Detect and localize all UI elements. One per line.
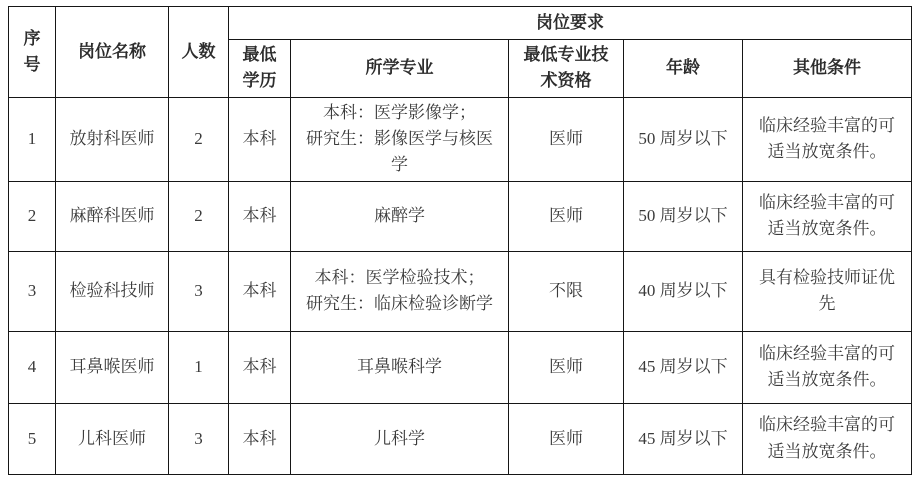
cell-min-education: 本科 [229,181,291,251]
cell-position-name: 检验科技师 [56,251,169,331]
cell-age: 50 周岁以下 [624,181,743,251]
cell-serial: 5 [9,403,56,474]
cell-major: 儿科学 [291,403,509,474]
cell-position-name: 放射科医师 [56,97,169,181]
cell-major: 本科：医学检验技术； 研究生：临床检验诊断学 [291,251,509,331]
cell-position-name: 儿科医师 [56,403,169,474]
table-row: 4 耳鼻喉医师 1 本科 耳鼻喉科学 医师 45 周岁以下 临床经验丰富的可 适… [9,331,912,403]
cell-headcount: 3 [169,251,229,331]
header-cell-requirements-group: 岗位要求 [229,7,912,40]
cell-position-name: 耳鼻喉医师 [56,331,169,403]
table-row: 2 麻醉科医师 2 本科 麻醉学 医师 50 周岁以下 临床经验丰富的可 适当放… [9,181,912,251]
cell-min-education: 本科 [229,251,291,331]
cell-min-qualification: 医师 [509,403,624,474]
cell-age: 45 周岁以下 [624,403,743,474]
cell-serial: 3 [9,251,56,331]
cell-other-conditions: 临床经验丰富的可 适当放宽条件。 [743,331,912,403]
header-row-group: 序 号 岗位名称 人数 岗位要求 [9,7,912,40]
header-cell-position-name: 岗位名称 [56,7,169,98]
recruitment-table-container: 序 号 岗位名称 人数 岗位要求 最低 学历 所学专业 最低专业技 术资格 年龄… [8,6,912,475]
header-cell-age: 年龄 [624,40,743,98]
cell-headcount: 2 [169,181,229,251]
cell-min-education: 本科 [229,97,291,181]
table-row: 3 检验科技师 3 本科 本科：医学检验技术； 研究生：临床检验诊断学 不限 4… [9,251,912,331]
cell-serial: 4 [9,331,56,403]
header-cell-serial: 序 号 [9,7,56,98]
cell-serial: 2 [9,181,56,251]
cell-major: 耳鼻喉科学 [291,331,509,403]
header-cell-other-conditions: 其他条件 [743,40,912,98]
cell-min-qualification: 医师 [509,181,624,251]
header-cell-headcount: 人数 [169,7,229,98]
cell-other-conditions: 临床经验丰富的可 适当放宽条件。 [743,403,912,474]
cell-headcount: 2 [169,97,229,181]
cell-min-education: 本科 [229,403,291,474]
table-row: 1 放射科医师 2 本科 本科：医学影像学； 研究生：影像医学与核医 学 医师 … [9,97,912,181]
cell-min-qualification: 医师 [509,331,624,403]
header-cell-major: 所学专业 [291,40,509,98]
cell-min-qualification: 不限 [509,251,624,331]
cell-other-conditions: 具有检验技师证优 先 [743,251,912,331]
header-cell-min-qualification: 最低专业技 术资格 [509,40,624,98]
cell-age: 50 周岁以下 [624,97,743,181]
cell-other-conditions: 临床经验丰富的可 适当放宽条件。 [743,181,912,251]
table-row: 5 儿科医师 3 本科 儿科学 医师 45 周岁以下 临床经验丰富的可 适当放宽… [9,403,912,474]
cell-age: 40 周岁以下 [624,251,743,331]
cell-other-conditions: 临床经验丰富的可 适当放宽条件。 [743,97,912,181]
cell-serial: 1 [9,97,56,181]
cell-position-name: 麻醉科医师 [56,181,169,251]
cell-headcount: 3 [169,403,229,474]
cell-age: 45 周岁以下 [624,331,743,403]
cell-min-qualification: 医师 [509,97,624,181]
header-cell-min-education: 最低 学历 [229,40,291,98]
cell-major: 本科：医学影像学； 研究生：影像医学与核医 学 [291,97,509,181]
recruitment-table: 序 号 岗位名称 人数 岗位要求 最低 学历 所学专业 最低专业技 术资格 年龄… [8,6,912,475]
cell-major: 麻醉学 [291,181,509,251]
cell-headcount: 1 [169,331,229,403]
cell-min-education: 本科 [229,331,291,403]
